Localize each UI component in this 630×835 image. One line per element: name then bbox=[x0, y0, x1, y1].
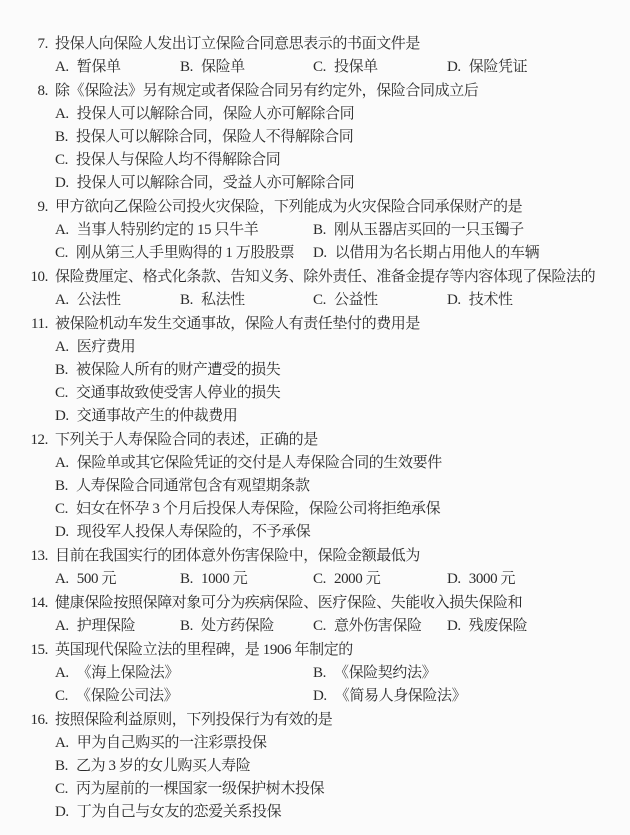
option-label: B. bbox=[313, 222, 326, 238]
options-row: C.《保险公司法》 D.《简易人身保险法》 bbox=[0, 685, 630, 708]
option-b: B.被保险人所有的财产遭受的损失 bbox=[0, 359, 630, 382]
option-label: B. bbox=[180, 59, 193, 75]
option-text: 丙为屋前的一棵国家一级保护树木投保 bbox=[76, 781, 324, 797]
option-text: 以借用为名长期占用他人的车辆 bbox=[335, 245, 539, 261]
option-b: B.刚从玉器店买回的一只玉镯子 bbox=[313, 219, 524, 242]
option-d: D.残废保险 bbox=[447, 615, 527, 638]
option-d: D.交通事故产生的仲裁费用 bbox=[0, 405, 630, 428]
question-stem-line: 13. 目前在我国实行的团体意外伤害保险中，保险金额最低为 bbox=[0, 545, 630, 568]
option-label: A. bbox=[55, 735, 69, 751]
option-a: A.甲为自己购买的一注彩票投保 bbox=[0, 732, 630, 755]
option-label: B. bbox=[180, 618, 193, 634]
question-stem: 健康保险按照保障对象可分为疾病保险、医疗保险、失能收入损失保险和 bbox=[55, 592, 522, 615]
option-text: 公益性 bbox=[334, 292, 378, 308]
option-text: 技术性 bbox=[469, 292, 513, 308]
question-7: 7. 投保人向保险人发出订立保险合同意思表示的书面文件是 A.暂保单 B.保险单… bbox=[0, 33, 630, 79]
option-label: D. bbox=[55, 524, 69, 540]
question-number: 16. bbox=[0, 709, 48, 732]
option-label: D. bbox=[447, 618, 461, 634]
option-text: 交通事故产生的仲裁费用 bbox=[77, 408, 238, 424]
option-label: A. bbox=[55, 455, 69, 471]
option-text: 刚从第三人手里购得的 1 万股股票 bbox=[76, 245, 294, 261]
question-stem-line: 8. 除《保险法》另有规定或者保险合同另有约定外，保险合同成立后 bbox=[0, 80, 630, 103]
option-b: B.保险单 bbox=[180, 56, 245, 79]
option-text: 人寿保险合同通常包含有观望期条款 bbox=[76, 478, 310, 494]
question-11: 11. 被保险机动车发生交通事故，保险人有责任垫付的费用是 A.医疗费用 B.被… bbox=[0, 313, 630, 428]
question-stem: 除《保险法》另有规定或者保险合同另有约定外，保险合同成立后 bbox=[55, 80, 478, 103]
option-a: A.500 元 bbox=[55, 568, 116, 591]
option-text: 保险单或其它保险凭证的交付是人寿保险合同的生效要件 bbox=[77, 455, 442, 471]
option-text: 处方药保险 bbox=[201, 618, 274, 634]
option-label: B. bbox=[180, 571, 193, 587]
option-text: 公法性 bbox=[77, 292, 121, 308]
question-stem: 英国现代保险立法的里程碑，是 1906 年制定的 bbox=[55, 639, 353, 662]
option-a: A.医疗费用 bbox=[0, 336, 630, 359]
option-c: C.投保单 bbox=[313, 56, 378, 79]
question-9: 9. 甲方欲向乙保险公司投火灾保险，下列能成为火灾保险合同承保财产的是 A.当事… bbox=[0, 196, 630, 265]
option-text: 残废保险 bbox=[469, 618, 527, 634]
option-c: C.公益性 bbox=[313, 289, 378, 312]
option-d: D.丁为自己与女友的恋爱关系投保 bbox=[0, 801, 630, 824]
question-number: 9. bbox=[0, 196, 48, 219]
question-15: 15. 英国现代保险立法的里程碑，是 1906 年制定的 A.《海上保险法》 B… bbox=[0, 639, 630, 708]
option-text: 刚从玉器店买回的一只玉镯子 bbox=[334, 222, 524, 238]
question-stem-line: 10. 保险费厘定、格式化条款、告知义务、除外责任、准备金提存等内容体现了保险法… bbox=[0, 266, 630, 289]
question-13: 13. 目前在我国实行的团体意外伤害保险中，保险金额最低为 A.500 元 B.… bbox=[0, 545, 630, 591]
option-text: 护理保险 bbox=[77, 618, 135, 634]
question-stem-line: 14. 健康保险按照保障对象可分为疾病保险、医疗保险、失能收入损失保险和 bbox=[0, 592, 630, 615]
option-c: C.投保人与保险人均不得解除合同 bbox=[0, 149, 630, 172]
option-text: 500 元 bbox=[77, 571, 116, 587]
option-text: 《保险公司法》 bbox=[76, 688, 178, 704]
option-text: 乙为 3 岁的女儿购买人寿险 bbox=[76, 758, 250, 774]
question-10: 10. 保险费厘定、格式化条款、告知义务、除外责任、准备金提存等内容体现了保险法… bbox=[0, 266, 630, 312]
option-text: 3000 元 bbox=[469, 571, 515, 587]
question-number: 7. bbox=[0, 33, 48, 56]
option-label: C. bbox=[55, 245, 68, 261]
question-stem: 甲方欲向乙保险公司投火灾保险，下列能成为火灾保险合同承保财产的是 bbox=[55, 196, 522, 219]
option-label: B. bbox=[55, 478, 68, 494]
option-c: C.刚从第三人手里购得的 1 万股股票 bbox=[55, 242, 294, 265]
option-label: D. bbox=[55, 804, 69, 820]
question-number: 14. bbox=[0, 592, 48, 615]
option-label: A. bbox=[55, 59, 69, 75]
option-c: C.交通事故致使受害人停业的损失 bbox=[0, 382, 630, 405]
option-text: 《海上保险法》 bbox=[77, 665, 179, 681]
option-text: 交通事故致使受害人停业的损失 bbox=[76, 385, 280, 401]
option-label: D. bbox=[447, 571, 461, 587]
option-text: 暂保单 bbox=[77, 59, 121, 75]
option-b: B.处方药保险 bbox=[180, 615, 274, 638]
option-text: 医疗费用 bbox=[77, 339, 135, 355]
question-stem: 按照保险利益原则，下列投保行为有效的是 bbox=[55, 709, 332, 732]
option-d: D.保险凭证 bbox=[447, 56, 527, 79]
question-stem: 下列关于人寿保险合同的表述，正确的是 bbox=[55, 429, 318, 452]
option-label: B. bbox=[55, 362, 68, 378]
option-b: B.《保险契约法》 bbox=[313, 662, 436, 685]
option-text: 2000 元 bbox=[334, 571, 380, 587]
option-text: 被保险人所有的财产遭受的损失 bbox=[76, 362, 280, 378]
option-b: B.人寿保险合同通常包含有观望期条款 bbox=[0, 475, 630, 498]
option-label: D. bbox=[313, 688, 327, 704]
options-row: A.公法性 B.私法性 C.公益性 D.技术性 bbox=[0, 289, 630, 312]
option-text: 当事人特别约定的 15 只牛羊 bbox=[77, 222, 259, 238]
question-stem-line: 12. 下列关于人寿保险合同的表述，正确的是 bbox=[0, 429, 630, 452]
options-row: A.暂保单 B.保险单 C.投保单 D.保险凭证 bbox=[0, 56, 630, 79]
option-b: B.投保人可以解除合同，保险人不得解除合同 bbox=[0, 126, 630, 149]
question-stem-line: 16. 按照保险利益原则，下列投保行为有效的是 bbox=[0, 709, 630, 732]
option-label: B. bbox=[55, 758, 68, 774]
question-stem-line: 11. 被保险机动车发生交通事故，保险人有责任垫付的费用是 bbox=[0, 313, 630, 336]
option-label: D. bbox=[447, 59, 461, 75]
option-label: A. bbox=[55, 618, 69, 634]
question-12: 12. 下列关于人寿保险合同的表述，正确的是 A.保险单或其它保险凭证的交付是人… bbox=[0, 429, 630, 544]
option-c: C.妇女在怀孕 3 个月后投保人寿保险，保险公司将拒绝承保 bbox=[0, 498, 630, 521]
option-text: 私法性 bbox=[201, 292, 245, 308]
question-stem: 被保险机动车发生交通事故，保险人有责任垫付的费用是 bbox=[55, 313, 420, 336]
option-a: A.《海上保险法》 bbox=[55, 662, 179, 685]
options-row: A.《海上保险法》 B.《保险契约法》 bbox=[0, 662, 630, 685]
options-row: A.护理保险 B.处方药保险 C.意外伤害保险 D.残废保险 bbox=[0, 615, 630, 638]
question-number: 11. bbox=[0, 313, 48, 336]
option-c: C.丙为屋前的一棵国家一级保护树木投保 bbox=[0, 778, 630, 801]
option-text: 意外伤害保险 bbox=[334, 618, 422, 634]
options-row: A.500 元 B.1000 元 C.2000 元 D.3000 元 bbox=[0, 568, 630, 591]
option-label: A. bbox=[55, 339, 69, 355]
option-d: D.技术性 bbox=[447, 289, 513, 312]
option-d: D.3000 元 bbox=[447, 568, 515, 591]
question-stem-line: 15. 英国现代保险立法的里程碑，是 1906 年制定的 bbox=[0, 639, 630, 662]
options-row: C.刚从第三人手里购得的 1 万股股票 D.以借用为名长期占用他人的车辆 bbox=[0, 242, 630, 265]
question-8: 8. 除《保险法》另有规定或者保险合同另有约定外，保险合同成立后 A.投保人可以… bbox=[0, 80, 630, 195]
option-text: 投保单 bbox=[334, 59, 378, 75]
option-label: A. bbox=[55, 292, 69, 308]
option-text: 投保人可以解除合同，保险人亦可解除合同 bbox=[77, 106, 354, 122]
question-stem-line: 7. 投保人向保险人发出订立保险合同意思表示的书面文件是 bbox=[0, 33, 630, 56]
question-14: 14. 健康保险按照保障对象可分为疾病保险、医疗保险、失能收入损失保险和 A.护… bbox=[0, 592, 630, 638]
option-label: B. bbox=[313, 665, 326, 681]
question-stem: 投保人向保险人发出订立保险合同意思表示的书面文件是 bbox=[55, 33, 420, 56]
option-label: C. bbox=[55, 152, 68, 168]
question-16: 16. 按照保险利益原则，下列投保行为有效的是 A.甲为自己购买的一注彩票投保 … bbox=[0, 709, 630, 824]
option-a: A.投保人可以解除合同，保险人亦可解除合同 bbox=[0, 103, 630, 126]
option-label: A. bbox=[55, 106, 69, 122]
option-label: C. bbox=[313, 292, 326, 308]
question-number: 12. bbox=[0, 429, 48, 452]
question-stem: 目前在我国实行的团体意外伤害保险中，保险金额最低为 bbox=[55, 545, 420, 568]
option-d: D.《简易人身保险法》 bbox=[313, 685, 466, 708]
option-text: 《保险契约法》 bbox=[334, 665, 436, 681]
option-d: D.现役军人投保人寿保险的，不予承保 bbox=[0, 521, 630, 544]
option-d: D.投保人可以解除合同，受益人亦可解除合同 bbox=[0, 172, 630, 195]
option-a: A.暂保单 bbox=[55, 56, 121, 79]
option-b: B.乙为 3 岁的女儿购买人寿险 bbox=[0, 755, 630, 778]
option-label: B. bbox=[180, 292, 193, 308]
question-number: 8. bbox=[0, 80, 48, 103]
option-b: B.私法性 bbox=[180, 289, 245, 312]
option-a: A.当事人特别约定的 15 只牛羊 bbox=[55, 219, 258, 242]
options-row: A.当事人特别约定的 15 只牛羊 B.刚从玉器店买回的一只玉镯子 bbox=[0, 219, 630, 242]
option-label: D. bbox=[313, 245, 327, 261]
option-b: B.1000 元 bbox=[180, 568, 247, 591]
option-c: C.意外伤害保险 bbox=[313, 615, 422, 638]
option-text: 保险单 bbox=[201, 59, 245, 75]
question-number: 13. bbox=[0, 545, 48, 568]
scanned-exam-page: 7. 投保人向保险人发出订立保险合同意思表示的书面文件是 A.暂保单 B.保险单… bbox=[0, 0, 630, 835]
option-text: 现役军人投保人寿保险的，不予承保 bbox=[77, 524, 311, 540]
question-number: 10. bbox=[0, 266, 48, 289]
option-c: C.《保险公司法》 bbox=[55, 685, 178, 708]
option-a: A.保险单或其它保险凭证的交付是人寿保险合同的生效要件 bbox=[0, 452, 630, 475]
question-stem-line: 9. 甲方欲向乙保险公司投火灾保险，下列能成为火灾保险合同承保财产的是 bbox=[0, 196, 630, 219]
option-label: C. bbox=[55, 501, 68, 517]
option-label: C. bbox=[313, 571, 326, 587]
question-number: 15. bbox=[0, 639, 48, 662]
option-text: 妇女在怀孕 3 个月后投保人寿保险，保险公司将拒绝承保 bbox=[76, 501, 440, 517]
option-label: C. bbox=[313, 59, 326, 75]
option-text: 1000 元 bbox=[201, 571, 247, 587]
option-text: 投保人可以解除合同，受益人亦可解除合同 bbox=[77, 175, 354, 191]
option-label: A. bbox=[55, 222, 69, 238]
option-a: A.公法性 bbox=[55, 289, 121, 312]
option-text: 甲为自己购买的一注彩票投保 bbox=[77, 735, 267, 751]
question-stem: 保险费厘定、格式化条款、告知义务、除外责任、准备金提存等内容体现了保险法的 bbox=[55, 266, 595, 289]
option-label: B. bbox=[55, 129, 68, 145]
option-label: D. bbox=[55, 175, 69, 191]
option-text: 《简易人身保险法》 bbox=[335, 688, 466, 704]
option-text: 投保人与保险人均不得解除合同 bbox=[76, 152, 280, 168]
option-label: A. bbox=[55, 571, 69, 587]
option-d: D.以借用为名长期占用他人的车辆 bbox=[313, 242, 539, 265]
option-label: C. bbox=[55, 385, 68, 401]
option-a: A.护理保险 bbox=[55, 615, 135, 638]
option-label: D. bbox=[55, 408, 69, 424]
option-text: 丁为自己与女友的恋爱关系投保 bbox=[77, 804, 281, 820]
option-c: C.2000 元 bbox=[313, 568, 380, 591]
option-text: 投保人可以解除合同，保险人不得解除合同 bbox=[76, 129, 353, 145]
option-label: C. bbox=[55, 781, 68, 797]
option-label: A. bbox=[55, 665, 69, 681]
option-label: C. bbox=[313, 618, 326, 634]
option-text: 保险凭证 bbox=[469, 59, 527, 75]
option-label: D. bbox=[447, 292, 461, 308]
option-label: C. bbox=[55, 688, 68, 704]
